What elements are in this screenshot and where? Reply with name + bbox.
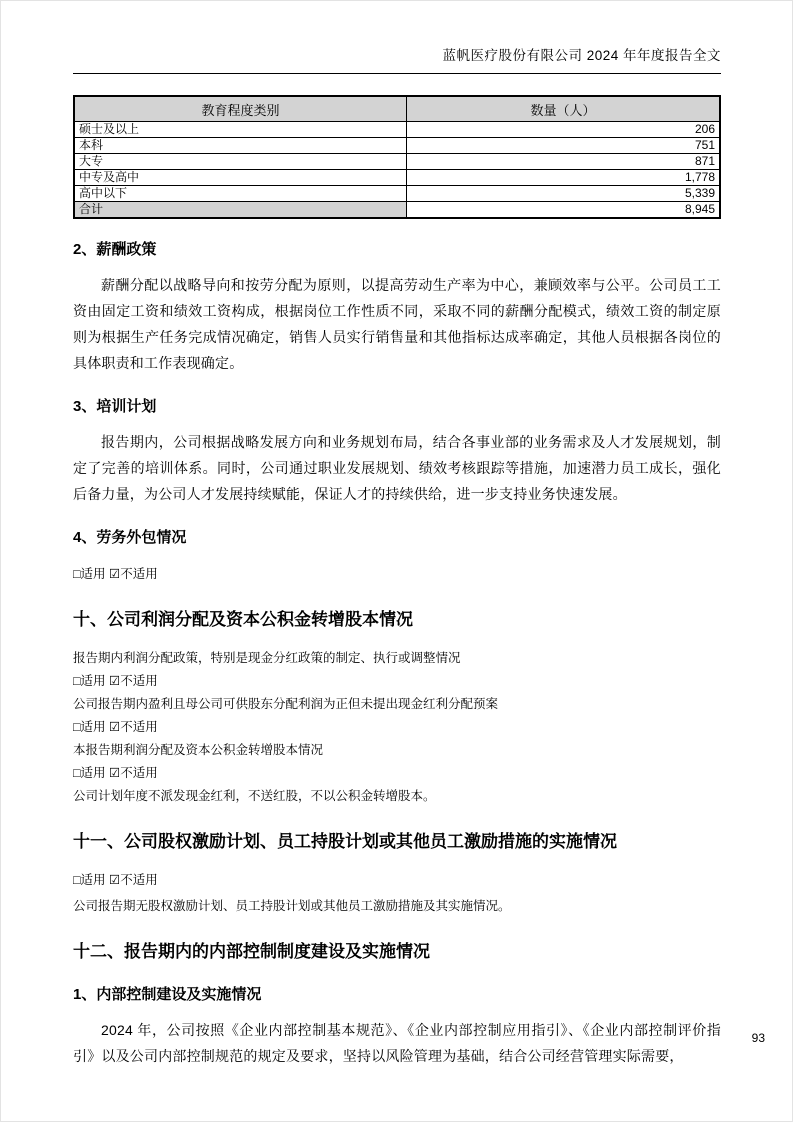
applicability-checkline: □适用 ☑不适用 (73, 670, 721, 693)
education-category: 硕士及以上 (74, 122, 407, 138)
internal-control-paragraph: 2024 年，公司按照《企业内部控制基本规范》、《企业内部控制应用指引》、《企业… (73, 1017, 721, 1069)
table-row: 高中以下 5,339 (74, 186, 720, 202)
education-table: 教育程度类别 数量（人） 硕士及以上 206 本科 751 大专 871 (73, 95, 721, 219)
applicability-checkline: □适用 ☑不适用 (73, 762, 721, 785)
heading-labor-outsourcing: 4、劳务外包情况 (73, 528, 721, 548)
education-category: 中专及高中 (74, 170, 407, 186)
education-count: 5,339 (407, 186, 721, 202)
profit-policy-statement: 报告期内利润分配政策，特别是现金分红政策的制定、执行或调整情况 (73, 647, 721, 670)
report-page: 蓝帆医疗股份有限公司 2024 年年度报告全文 教育程度类别 数量（人） 硕士及… (0, 0, 793, 1122)
profit-no-dividend-statement: 公司报告期内盈利且母公司可供股东分配利润为正但未提出现金红利分配预案 (73, 693, 721, 716)
col-header-education-category: 教育程度类别 (74, 96, 407, 122)
col-header-count: 数量（人） (407, 96, 721, 122)
heading-salary-policy: 2、薪酬政策 (73, 240, 721, 260)
training-plan-paragraph: 报告期内，公司根据战略发展方向和业务规划布局，结合各事业部的业务需求及人才发展规… (73, 429, 721, 507)
education-count: 871 (407, 154, 721, 170)
table-row: 本科 751 (74, 138, 720, 154)
heading-equity-incentive: 十一、公司股权激励计划、员工持股计划或其他员工激励措施的实施情况 (73, 830, 721, 854)
report-title: 蓝帆医疗股份有限公司 2024 年年度报告全文 (73, 47, 721, 65)
table-row: 中专及高中 1,778 (74, 170, 720, 186)
applicability-checkline: □适用 ☑不适用 (73, 716, 721, 739)
education-total-label: 合计 (74, 202, 407, 219)
education-category: 大专 (74, 154, 407, 170)
table-header-row: 教育程度类别 数量（人） (74, 96, 720, 122)
education-category: 高中以下 (74, 186, 407, 202)
table-row: 硕士及以上 206 (74, 122, 720, 138)
page-number: 93 (752, 1031, 765, 1045)
table-total-row: 合计 8,945 (74, 202, 720, 219)
education-count: 206 (407, 122, 721, 138)
profit-current-period-statement: 本报告期利润分配及资本公积金转增股本情况 (73, 739, 721, 762)
profit-plan-statement: 公司计划年度不派发现金红利，不送红股，不以公积金转增股本。 (73, 785, 721, 808)
table-row: 大专 871 (74, 154, 720, 170)
heading-internal-control-construction: 1、内部控制建设及实施情况 (73, 985, 721, 1005)
page-header: 蓝帆医疗股份有限公司 2024 年年度报告全文 (73, 1, 721, 74)
incentive-statement: 公司报告期无股权激励计划、员工持股计划或其他员工激励措施及其实施情况。 (73, 895, 721, 918)
education-category: 本科 (74, 138, 407, 154)
education-count: 751 (407, 138, 721, 154)
heading-training-plan: 3、培训计划 (73, 397, 721, 417)
page-content: 蓝帆医疗股份有限公司 2024 年年度报告全文 教育程度类别 数量（人） 硕士及… (1, 1, 792, 1069)
heading-internal-control: 十二、报告期内的内部控制制度建设及实施情况 (73, 940, 721, 964)
applicability-checkline: □适用 ☑不适用 (73, 869, 721, 892)
salary-policy-paragraph: 薪酬分配以战略导向和按劳分配为原则，以提高劳动生产率为中心，兼顾效率与公平。公司… (73, 272, 721, 376)
education-total-count: 8,945 (407, 202, 721, 219)
education-count: 1,778 (407, 170, 721, 186)
heading-profit-distribution: 十、公司利润分配及资本公积金转增股本情况 (73, 608, 721, 632)
applicability-checkline: □适用 ☑不适用 (73, 563, 721, 586)
